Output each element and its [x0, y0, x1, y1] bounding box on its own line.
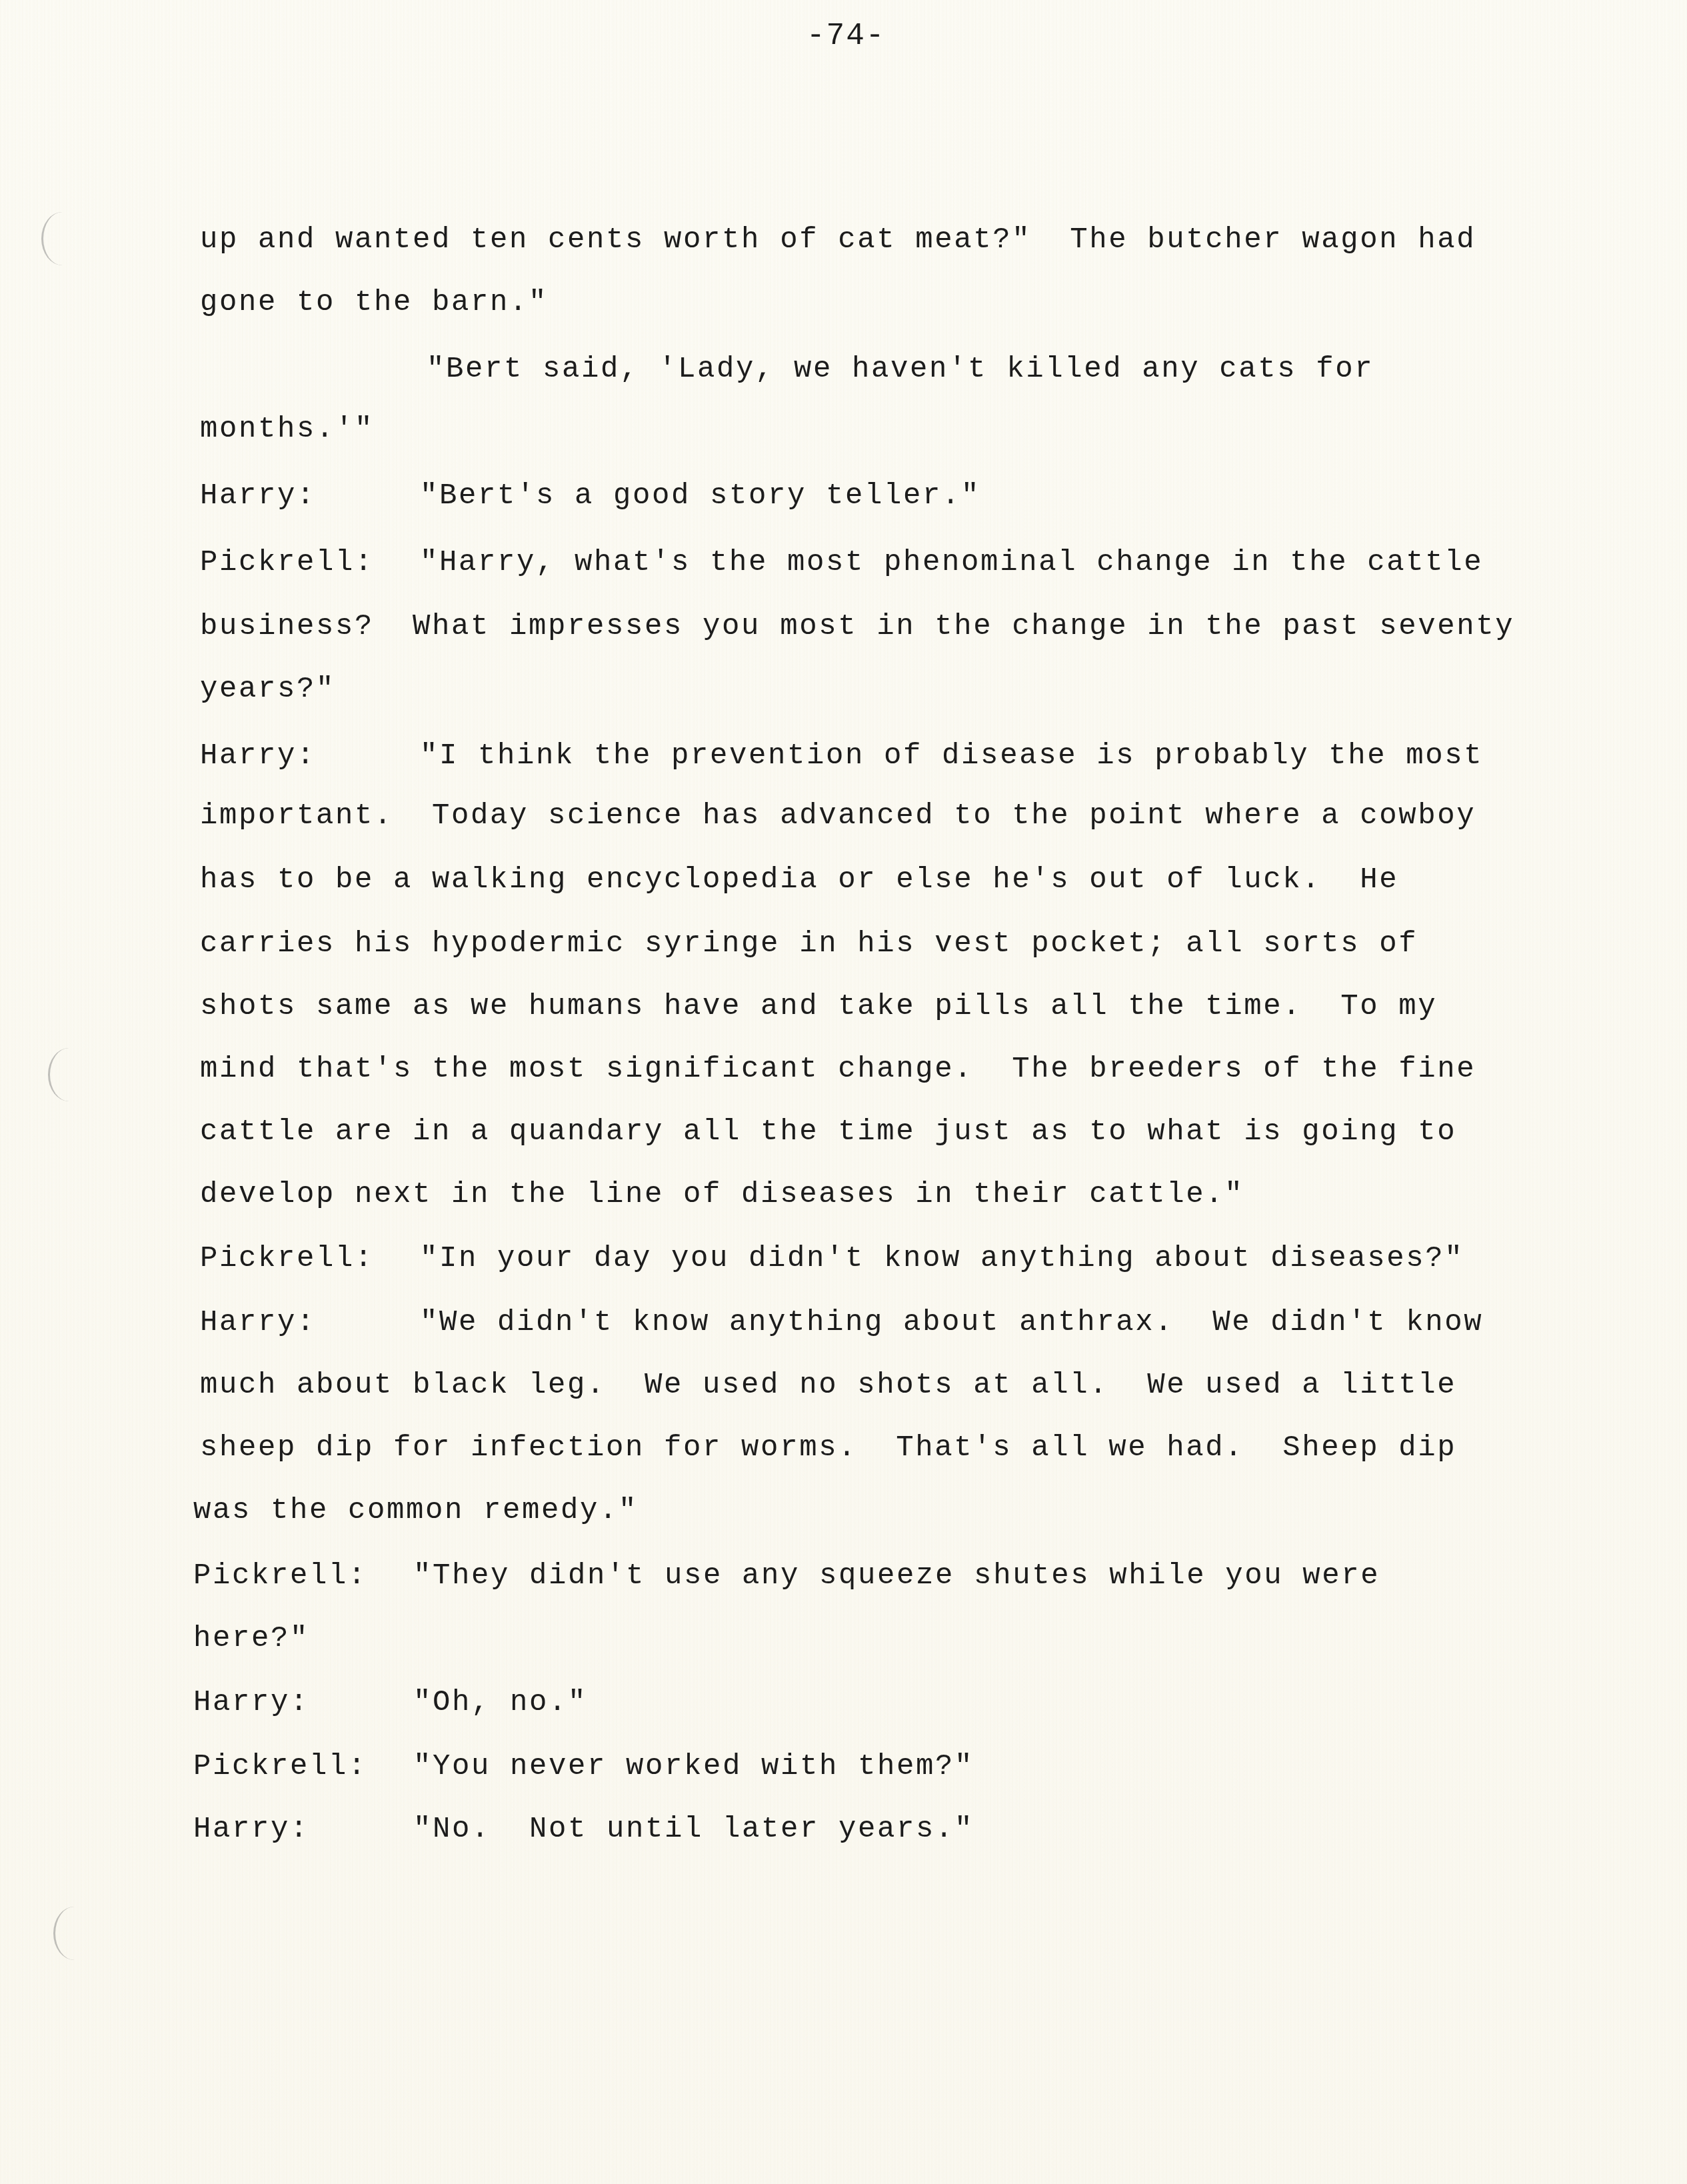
speaker-label: Pickrell: — [200, 548, 420, 577]
transcript-line: up and wanted ten cents worth of cat mea… — [200, 225, 1476, 255]
line-text: much about black leg. We used no shots a… — [200, 1369, 1456, 1402]
line-text: carries his hypodermic syringe in his ve… — [200, 927, 1418, 961]
punch-hole-mark — [53, 1907, 95, 1960]
speaker-label: Harry: — [200, 481, 420, 511]
line-text: mind that's the most significant change.… — [200, 1053, 1476, 1086]
line-text: cattle are in a quandary all the time ju… — [200, 1115, 1456, 1149]
transcript-line: cattle are in a quandary all the time ju… — [200, 1117, 1456, 1147]
speaker-label: Harry: — [193, 1815, 413, 1844]
transcript-line: has to be a walking encyclopedia or else… — [200, 865, 1398, 895]
speaker-label: Harry: — [200, 1308, 420, 1337]
line-text: "You never worked with them?" — [413, 1750, 974, 1783]
transcript-line: gone to the barn." — [200, 288, 548, 317]
line-text: here?" — [193, 1622, 309, 1655]
line-text: "They didn't use any squeeze shutes whil… — [413, 1559, 1380, 1593]
transcript-line: Harry:"Oh, no." — [193, 1688, 587, 1717]
line-text: "I think the prevention of disease is pr… — [420, 739, 1483, 773]
line-text: was the common remedy." — [193, 1494, 638, 1527]
paper-background — [0, 0, 1687, 2184]
line-text: "In your day you didn't know anything ab… — [420, 1242, 1464, 1275]
transcript-line: much about black leg. We used no shots a… — [200, 1371, 1456, 1400]
line-text: "Harry, what's the most phenominal chang… — [420, 546, 1483, 579]
line-text: "Oh, no." — [413, 1686, 587, 1719]
speaker-label: Pickrell: — [200, 1244, 420, 1273]
punch-hole-mark — [48, 1048, 90, 1101]
transcript-line: Harry:"No. Not until later years." — [193, 1815, 974, 1844]
line-text: up and wanted ten cents worth of cat mea… — [200, 223, 1476, 257]
line-text: gone to the barn." — [200, 286, 548, 319]
transcript-line: Pickrell:"You never worked with them?" — [193, 1752, 974, 1781]
line-text: "Bert's a good story teller." — [420, 479, 980, 513]
line-text: shots same as we humans have and take pi… — [200, 990, 1437, 1023]
line-text: sheep dip for infection for worms. That'… — [200, 1431, 1456, 1465]
line-text: "No. Not until later years." — [413, 1813, 974, 1846]
line-text: months.'" — [200, 413, 374, 446]
transcript-line: important. Today science has advanced to… — [200, 801, 1476, 831]
line-text: "Bert said, 'Lady, we haven't killed any… — [427, 353, 1374, 386]
line-text: has to be a walking encyclopedia or else… — [200, 863, 1398, 897]
transcript-line: Harry:"We didn't know anything about ant… — [200, 1308, 1483, 1337]
line-text: "We didn't know anything about anthrax. … — [420, 1306, 1483, 1339]
transcript-line: Harry:"Bert's a good story teller." — [200, 481, 980, 511]
speaker-label: Harry: — [200, 741, 420, 771]
transcript-line: sheep dip for infection for worms. That'… — [200, 1433, 1456, 1463]
line-text: years?" — [200, 673, 335, 706]
speaker-label: Harry: — [193, 1688, 413, 1717]
line-text: important. Today science has advanced to… — [200, 799, 1476, 833]
line-text: business? What impresses you most in the… — [200, 610, 1514, 643]
transcript-line: carries his hypodermic syringe in his ve… — [200, 929, 1418, 959]
speaker-label: Pickrell: — [193, 1752, 413, 1781]
transcript-line: years?" — [200, 675, 335, 704]
transcript-line: Pickrell:"Harry, what's the most phenomi… — [200, 548, 1483, 577]
transcript-line: "Bert said, 'Lady, we haven't killed any… — [200, 355, 1374, 384]
line-text: develop next in the line of diseases in … — [200, 1178, 1244, 1211]
transcript-line: shots same as we humans have and take pi… — [200, 992, 1437, 1021]
transcript-line: months.'" — [200, 415, 374, 444]
transcript-line: Pickrell:"In your day you didn't know an… — [200, 1244, 1464, 1273]
transcript-line: develop next in the line of diseases in … — [200, 1180, 1244, 1209]
transcript-line: mind that's the most significant change.… — [200, 1055, 1476, 1084]
transcript-line: Harry:"I think the prevention of disease… — [200, 741, 1483, 771]
transcript-line: business? What impresses you most in the… — [200, 612, 1514, 641]
speaker-label: Pickrell: — [193, 1561, 413, 1591]
transcript-line: Pickrell:"They didn't use any squeeze sh… — [193, 1561, 1380, 1591]
transcript-line: here?" — [193, 1624, 309, 1653]
punch-hole-mark — [41, 212, 83, 265]
transcript-line: was the common remedy." — [193, 1496, 638, 1525]
page-number: -74- — [807, 19, 885, 53]
